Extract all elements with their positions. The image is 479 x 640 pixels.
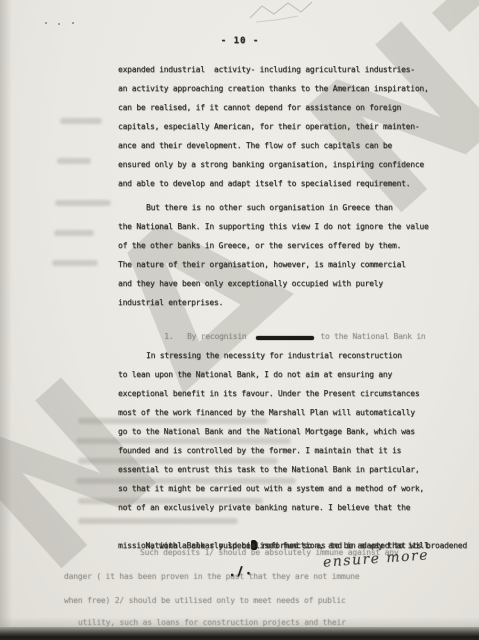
strikethrough-mark (256, 336, 314, 340)
ghost-text-smudge (78, 498, 263, 504)
pencil-scribble (246, 0, 316, 26)
scan-bottom-shade (0, 617, 479, 627)
typed-line: industrial enterprises. (118, 293, 448, 312)
typed-line: can be realised, if it cannot depend for… (118, 98, 448, 117)
ghost-text-smudge (78, 518, 238, 524)
paragraph-1: expanded industrial activity- including … (118, 60, 448, 193)
ghost-text-smudge (76, 478, 296, 484)
typed-line: capitals, especially American, for their… (118, 117, 448, 136)
typed-line: But there is no other such organisation … (118, 198, 448, 217)
ghost-text-smudge (60, 118, 102, 124)
typed-line: ance and their development. The flow of … (118, 136, 448, 155)
ghost-text-smudge (78, 458, 278, 464)
typed-line: the National Bank. In supporting this vi… (118, 217, 448, 236)
typed-line: ensured only by a strong banking organis… (118, 155, 448, 174)
typed-line: an activity approaching creation thanks … (118, 79, 448, 98)
faded-note-prefix: 1. By recognisin (164, 332, 246, 341)
typed-line: and able to develop and adapt itself to … (118, 174, 448, 193)
ink-speck (58, 23, 60, 25)
typed-line: to lean upon the National Bank, I do not… (118, 365, 448, 384)
bleed-through-line: when free) 2/ should be utilised only to… (64, 596, 346, 605)
ghost-text-smudge (55, 200, 111, 206)
typed-line: exceptional benefit in its favour. Under… (118, 384, 448, 403)
continuation-mark: ./. (227, 563, 253, 580)
typed-line: and they have been only exceptionally oc… (118, 274, 448, 293)
ghost-text-smudge (78, 418, 268, 424)
typed-line: of the other banks in Greece, or the ser… (118, 236, 448, 255)
typed-line: expanded industrial activity- including … (118, 60, 448, 79)
page-number: - 10 - (205, 36, 275, 46)
faded-note-suffix: to the National Bank in (320, 332, 425, 341)
scanned-document-page: N Δ N - 10 - expanded industrial activit… (0, 0, 479, 640)
scan-edge-shadow-left (0, 0, 12, 640)
faded-crossed-note: 1. By recognisinto the National Bank in (146, 323, 426, 337)
ghost-text-smudge (52, 260, 98, 266)
typed-line: In stressing the necessity for industria… (118, 346, 448, 365)
ink-speck (72, 22, 74, 24)
ghost-text-smudge (76, 438, 291, 444)
ghost-text-smudge (54, 230, 94, 236)
typed-line: The nature of their organisation, howeve… (118, 255, 448, 274)
paragraph-2: But there is no other such organisation … (118, 198, 448, 312)
ghost-text-smudge (57, 158, 91, 164)
ink-speck (45, 22, 47, 24)
scan-edge-band-bottom (0, 627, 479, 640)
bleed-through-line: danger ( it has been proven in the past … (64, 572, 359, 581)
archive-watermark-stroke (432, 0, 479, 32)
